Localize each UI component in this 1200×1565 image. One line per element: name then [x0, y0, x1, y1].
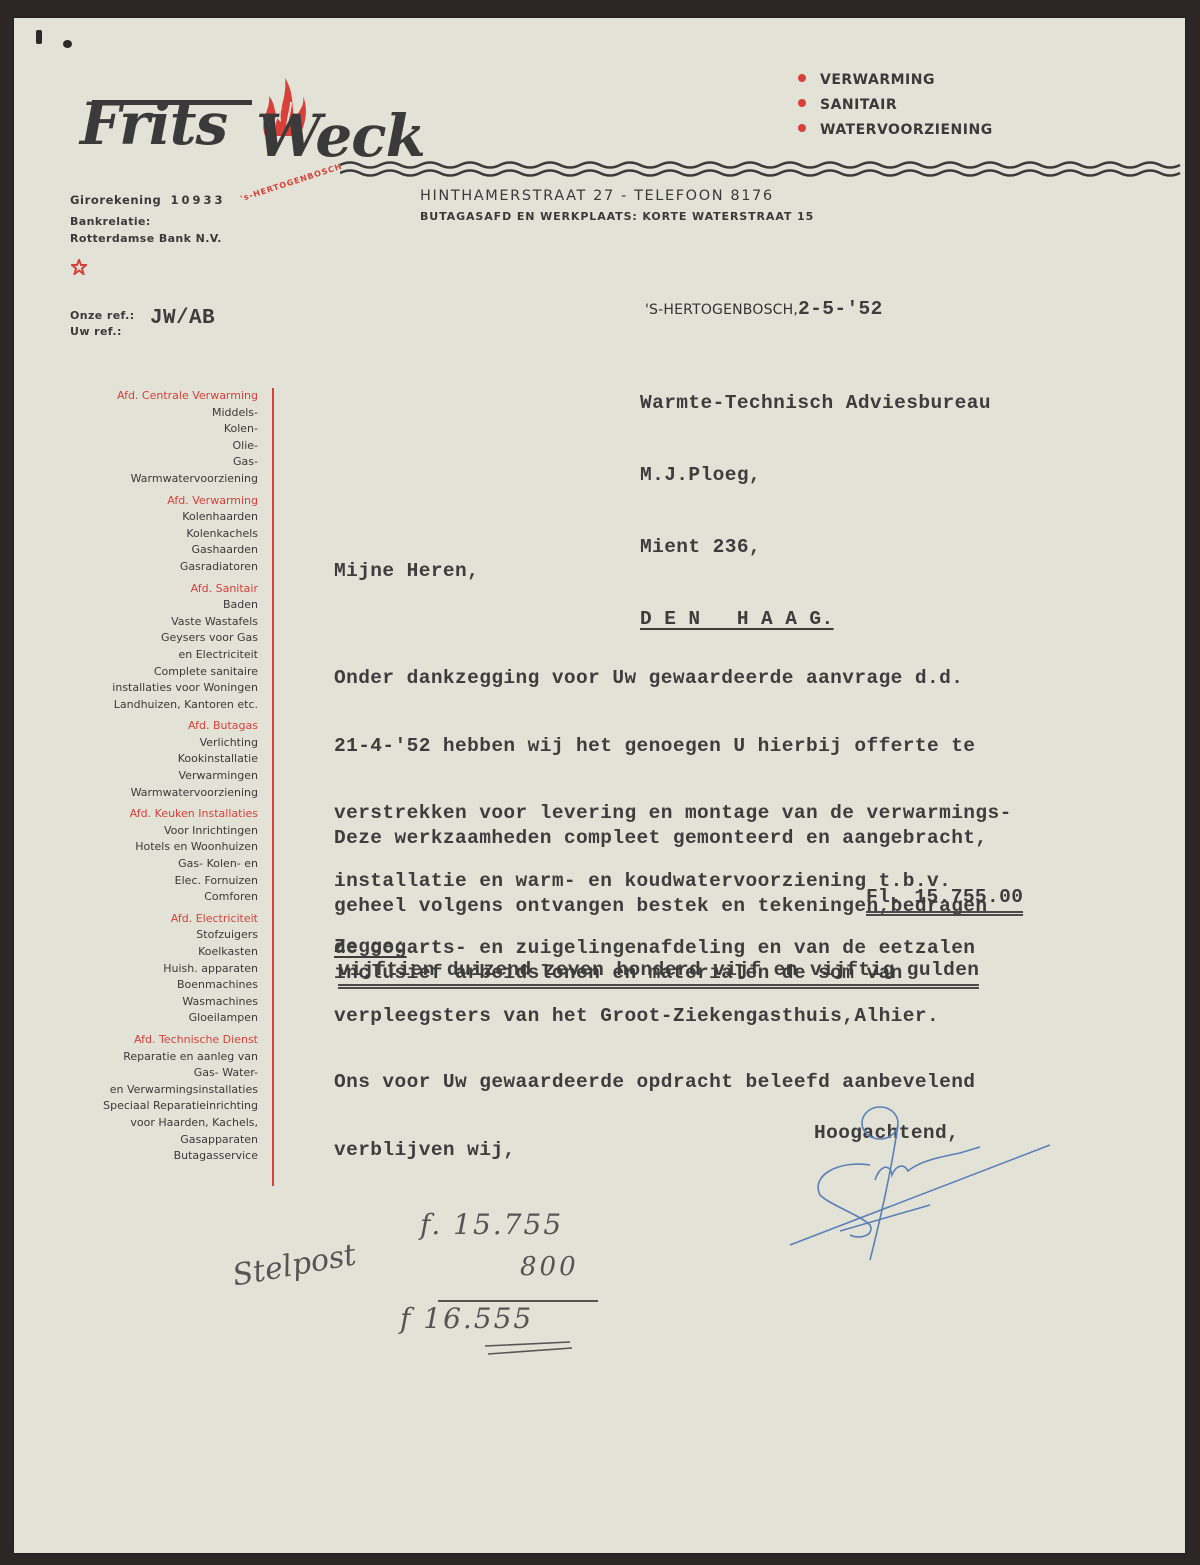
- department-item: en Electriciteit: [60, 647, 258, 664]
- zegge-label: Zegge:: [334, 936, 407, 959]
- text-line: verpleegsters van het Groot-Ziekengasthu…: [334, 1005, 1012, 1028]
- star-icon: [71, 259, 87, 275]
- department-item: Gashaarden: [60, 542, 258, 559]
- department-item: Butagasservice: [60, 1148, 258, 1165]
- department-item: Wasmachines: [60, 994, 258, 1011]
- recipient-block: Warmte-Technisch Adviesbureau M.J.Ploeg,…: [640, 343, 991, 655]
- department-item: Middels-: [60, 405, 258, 422]
- department-item: Gas-: [60, 454, 258, 471]
- department-heading: Afd. Keuken Installaties: [60, 806, 258, 823]
- services-list: VERWARMING SANITAIR WATERVOORZIENING: [798, 68, 993, 143]
- offer-amount: Fl. 15.755.00: [866, 886, 1023, 916]
- department-item: installaties voor Woningen: [60, 680, 258, 697]
- recipient-line: M.J.Ploeg,: [640, 463, 991, 487]
- department-item: Reparatie en aanleg van: [60, 1049, 258, 1066]
- department-item: Gasapparaten: [60, 1132, 258, 1149]
- service-item: VERWARMING: [798, 68, 993, 93]
- department-item: Gas- Water-: [60, 1065, 258, 1082]
- department-item: Gas- Kolen- en: [60, 856, 258, 873]
- handwritten-double-underline: [480, 1340, 580, 1360]
- our-reference-label: Onze ref.:: [70, 309, 135, 322]
- department-item: Olie-: [60, 438, 258, 455]
- bullet-icon: [798, 74, 806, 82]
- department-item: Speciaal Reparatieinrichting: [60, 1098, 258, 1115]
- departments-sidebar: Afd. Centrale Verwarming Middels- Kolen-…: [60, 388, 258, 1165]
- company-address: HINTHAMERSTRAAT 27 - TELEFOON 8176: [420, 188, 774, 204]
- department-item: Landhuizen, Kantoren etc.: [60, 697, 258, 714]
- department-heading: Afd. Technische Dienst: [60, 1032, 258, 1049]
- giro-account: Girorekening 10933: [70, 193, 226, 207]
- department-item: voor Haarden, Kachels,: [60, 1115, 258, 1132]
- department-item: Huish. apparaten: [60, 961, 258, 978]
- text-line: Onder dankzegging voor Uw gewaardeerde a…: [334, 667, 1012, 690]
- recipient-line: Warmte-Technisch Adviesbureau: [640, 391, 991, 415]
- amount-in-words: vijftien duizend zeven honderd vijf en v…: [338, 959, 979, 989]
- department-item: Vaste Wastafels: [60, 614, 258, 631]
- company-workshop-address: BUTAGASAFD EN WERKPLAATS: KORTE WATERSTR…: [420, 210, 814, 223]
- bank-label: Bankrelatie:: [70, 215, 151, 228]
- letter-date: 2-5-'52: [798, 298, 883, 320]
- department-item: Hotels en Woonhuizen: [60, 839, 258, 856]
- punch-hole-mark: [63, 40, 72, 48]
- logo-name-first: Frits: [80, 90, 227, 158]
- department-item: Kolenkachels: [60, 526, 258, 543]
- department-heading: Afd. Sanitair: [60, 581, 258, 598]
- department-heading: Afd. Centrale Verwarming: [60, 388, 258, 405]
- department-item: Koelkasten: [60, 944, 258, 961]
- department-item: Warmwatervoorziening: [60, 785, 258, 802]
- bullet-icon: [798, 124, 806, 132]
- salutation: Mijne Heren,: [334, 560, 479, 583]
- department-item: Comforen: [60, 889, 258, 906]
- department-item: Kolenhaarden: [60, 509, 258, 526]
- department-item: Kolen-: [60, 421, 258, 438]
- handwritten-line1: f. 15.755: [420, 1208, 563, 1241]
- date-line: 'S-HERTOGENBOSCH,2-5-'52: [645, 298, 883, 321]
- service-item: SANITAIR: [798, 93, 993, 118]
- department-item: Geysers voor Gas: [60, 630, 258, 647]
- service-item: WATERVOORZIENING: [798, 118, 993, 143]
- department-item: Voor Inrichtingen: [60, 823, 258, 840]
- department-heading: Afd. Electriciteit: [60, 911, 258, 928]
- department-item: Stofzuigers: [60, 927, 258, 944]
- department-item: Kookinstallatie: [60, 751, 258, 768]
- department-heading: Afd. Butagas: [60, 718, 258, 735]
- bullet-icon: [798, 99, 806, 107]
- department-item: Elec. Fornuizen: [60, 873, 258, 890]
- department-item: en Verwarmingsinstallaties: [60, 1082, 258, 1099]
- department-item: Warmwatervoorziening: [60, 471, 258, 488]
- recipient-line: Mient 236,: [640, 535, 991, 559]
- signature: [780, 1105, 1080, 1265]
- sidebar-divider: [272, 388, 274, 1186]
- place-printed: 'S-HERTOGENBOSCH,: [645, 302, 798, 318]
- department-item: Verlichting: [60, 735, 258, 752]
- department-item: Gloeilampen: [60, 1010, 258, 1027]
- department-item: Baden: [60, 597, 258, 614]
- department-item: Complete sanitaire: [60, 664, 258, 681]
- your-reference-label: Uw ref.:: [70, 325, 122, 338]
- handwritten-total: f 16.555: [400, 1302, 533, 1335]
- department-item: Boenmachines: [60, 977, 258, 994]
- department-heading: Afd. Verwarming: [60, 493, 258, 510]
- text-line: Deze werkzaamheden compleet gemonteerd e…: [334, 827, 988, 850]
- text-line: Ons voor Uw gewaardeerde opdracht beleef…: [334, 1071, 975, 1094]
- text-line: 21-4-'52 hebben wij het genoegen U hierb…: [334, 735, 1012, 758]
- bank-name: Rotterdamse Bank N.V.: [70, 232, 222, 245]
- wavy-divider: [340, 160, 1185, 180]
- our-reference-value: JW/AB: [150, 308, 215, 331]
- punch-hole-mark: [36, 30, 42, 44]
- department-item: Verwarmingen: [60, 768, 258, 785]
- handwritten-line2: 800: [520, 1252, 579, 1282]
- department-item: Gasradiatoren: [60, 559, 258, 576]
